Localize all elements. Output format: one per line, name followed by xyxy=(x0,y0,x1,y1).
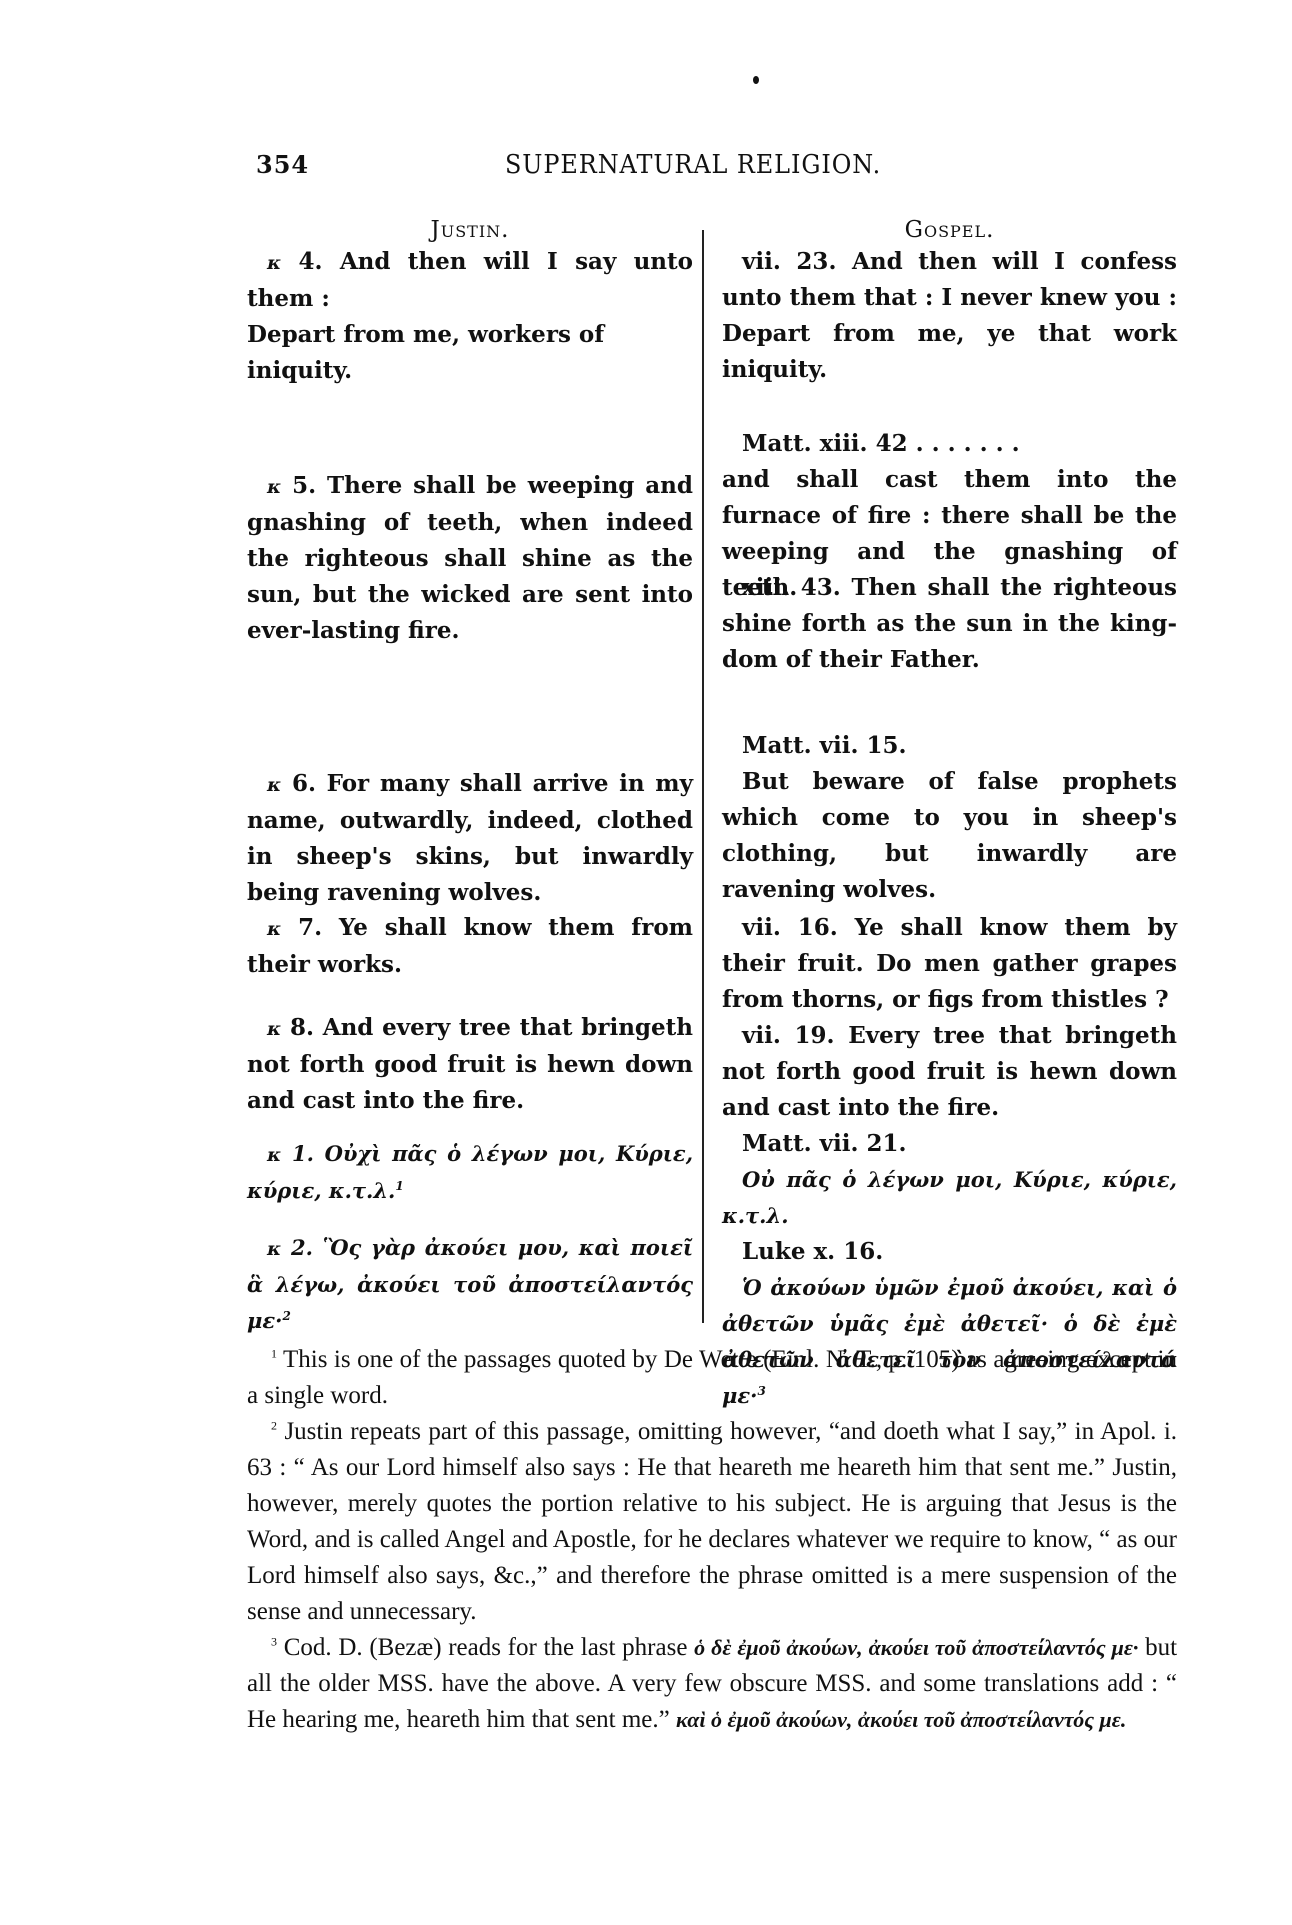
gospel-column-heading: Gospel. xyxy=(722,214,1177,246)
kappa-mark: κ xyxy=(267,252,281,274)
kappa-mark: κ xyxy=(267,918,281,940)
footnote-number: 3 xyxy=(271,1635,277,1649)
justin-column-heading: Justin. xyxy=(247,214,693,246)
justin-k1-greek: κ 1. Οὐχὶ πᾶς ὁ λέγων μοι, Κύριε, κύριε,… xyxy=(247,1136,693,1209)
book-page: 354 SUPERNATURAL RELIGION. Justin. κ 4. … xyxy=(0,0,1292,1925)
running-head: 354 SUPERNATURAL RELIGION. xyxy=(247,150,1177,180)
speck-mark xyxy=(753,76,759,84)
kappa-mark: κ xyxy=(267,1238,281,1260)
page-title: SUPERNATURAL RELIGION. xyxy=(505,150,881,180)
gospel-xiii43: xiii. 43. Then shall the righteous shine… xyxy=(722,570,1177,678)
gospel-vii16: vii. 16. Ye shall know them by their fru… xyxy=(722,910,1177,1018)
justin-k4: κ 4. And then will I say unto them : Dep… xyxy=(247,244,693,389)
scripture-reference: Matt. xiii. 42 . . . . . . . xyxy=(722,426,1177,462)
page-number: 354 xyxy=(256,150,309,179)
gospel-vii23: vii. 23. And then will I confess unto th… xyxy=(722,244,1177,388)
footnote-2: 2 Justin repeats part of this passage, o… xyxy=(247,1414,1177,1630)
justin-k2-greek: κ 2. Ὃς γὰρ ἀκούει μου, καὶ ποιεῖ ἃ λέγω… xyxy=(247,1230,693,1339)
gospel-column: Gospel. vii. 23. And then will I confess… xyxy=(722,214,1177,246)
justin-k7: κ 7. Ye shall know them from their works… xyxy=(247,910,693,983)
footnote-number: 1 xyxy=(271,1347,277,1361)
footnote-number: 2 xyxy=(271,1419,277,1433)
kappa-mark: κ xyxy=(267,1144,281,1166)
footnotes: 1 This is one of the passages quoted by … xyxy=(247,1342,1177,1738)
justin-k8: κ 8. And every tree that bringeth not fo… xyxy=(247,1010,693,1119)
gospel-vii19: vii. 19. Every tree that bringeth not fo… xyxy=(722,1018,1177,1126)
gospel-matt-vii21: Matt. vii. 21. Οὐ πᾶς ὁ λέγων μοι, Κύριε… xyxy=(722,1126,1177,1234)
footnote-3: 3 Cod. D. (Bezæ) reads for the last phra… xyxy=(247,1630,1177,1738)
kappa-mark: κ xyxy=(267,1018,281,1040)
scripture-reference: Matt. vii. 15. xyxy=(722,728,1177,764)
kappa-mark: κ xyxy=(267,476,281,498)
column-divider xyxy=(702,230,704,1323)
justin-k6: κ 6. For many shall arrive in my name, o… xyxy=(247,766,693,911)
footnote-1: 1 This is one of the passages quoted by … xyxy=(247,1342,1177,1414)
justin-k5: κ 5. There shall be weeping and gnashing… xyxy=(247,468,693,649)
gospel-matt-vii15: Matt. vii. 15. But beware of false proph… xyxy=(722,728,1177,908)
kappa-mark: κ xyxy=(267,774,281,796)
footnote-ref-1[interactable]: 1 xyxy=(395,1179,403,1193)
scripture-reference: Matt. vii. 21. xyxy=(722,1126,1177,1162)
justin-column: Justin. κ 4. And then will I say unto th… xyxy=(247,214,693,246)
footnote-ref-2[interactable]: 2 xyxy=(282,1309,290,1323)
scripture-reference: Luke x. 16. xyxy=(722,1234,1177,1270)
